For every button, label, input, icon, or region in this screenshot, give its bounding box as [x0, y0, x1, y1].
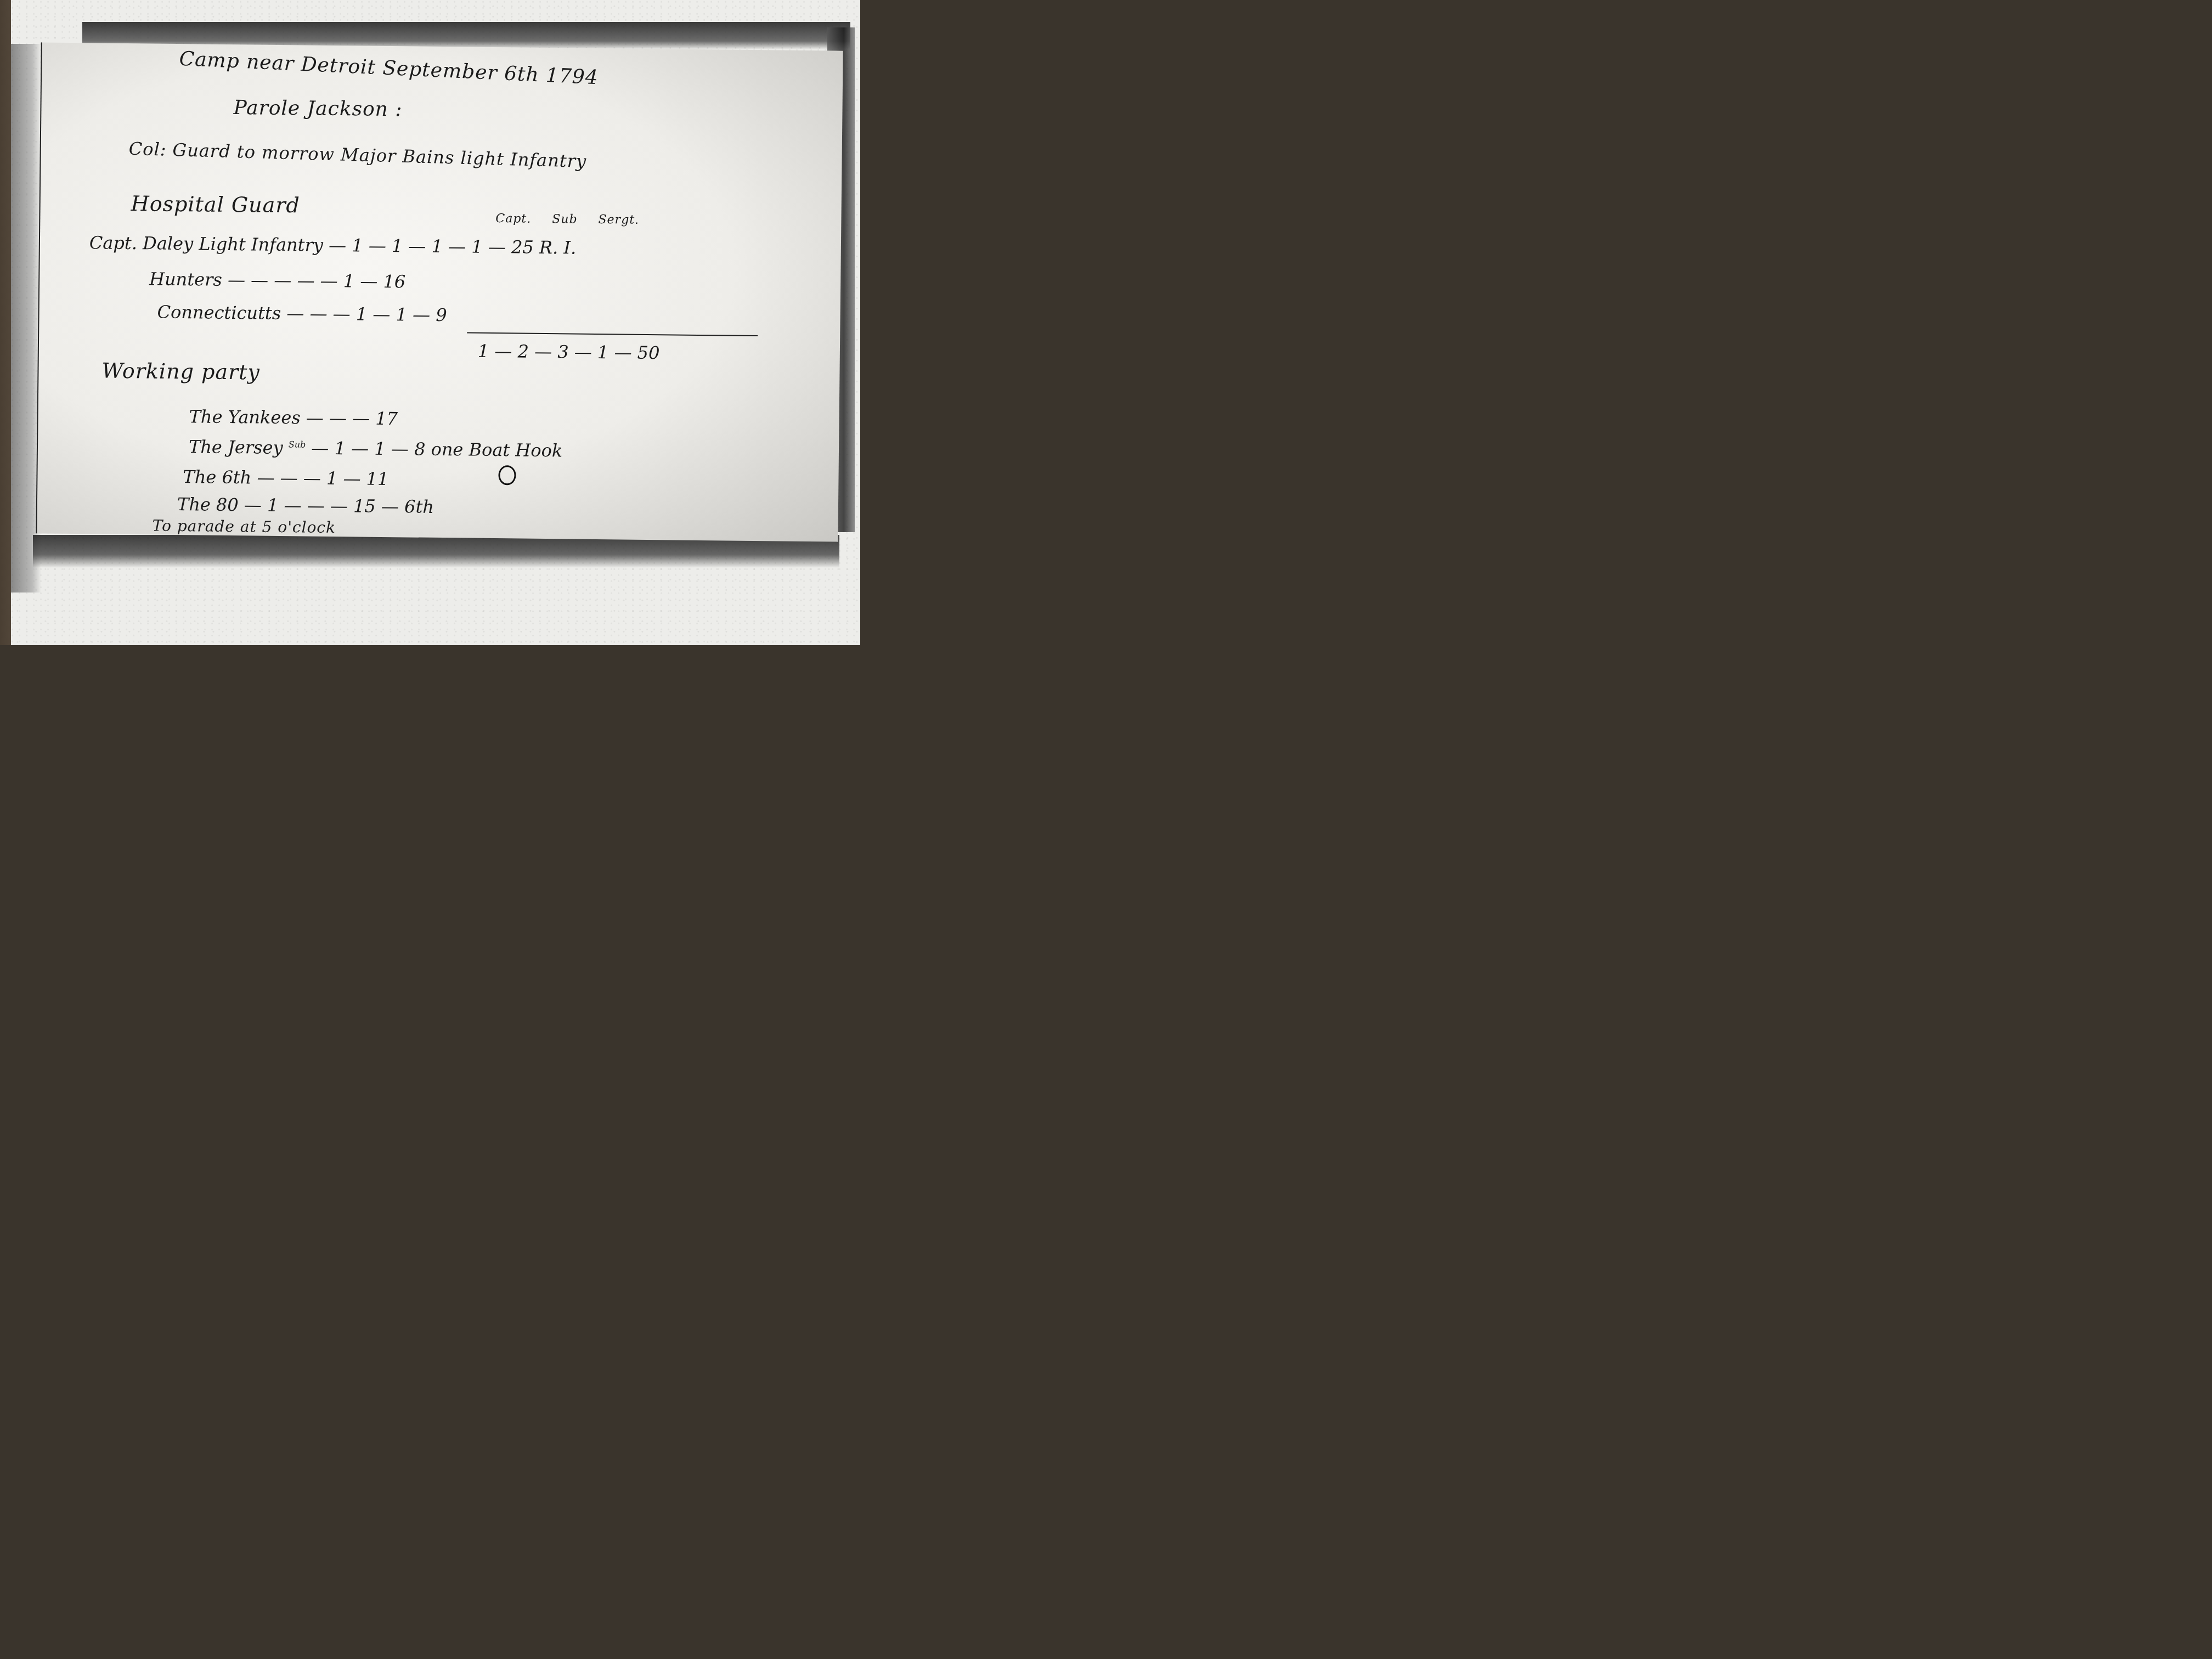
row-note: one Boat Hook: [431, 439, 562, 461]
working-party-row: The 80 — 1 — — — 15 — 6th: [177, 494, 434, 517]
hospital-guard-row: Hunters — — — — — 1 — 16: [149, 268, 405, 292]
row-label: The Yankees: [189, 406, 300, 428]
hospital-guard-title: Hospital Guard: [131, 191, 300, 217]
hospital-guard-column-headers: Capt. Sub Sergt.: [495, 212, 639, 227]
row-label: Capt. Daley Light Infantry: [89, 232, 323, 255]
working-party-row: The Yankees — — — 17: [189, 406, 398, 429]
working-party-title: Working party: [101, 359, 260, 385]
parole-line: Parole Jackson :: [233, 97, 402, 121]
col-header-capt: Capt.: [495, 212, 531, 226]
orderly-book-page: Camp near Detroit September 6th 1794 Par…: [36, 42, 843, 541]
page-heading: Camp near Detroit September 6th 1794: [179, 48, 599, 89]
row-label: The 80: [177, 494, 239, 515]
hospital-guard-row: Capt. Daley Light Infantry — 1 — 1 — 1 —…: [89, 232, 577, 258]
row-values: — — — 1 — 11: [257, 467, 388, 490]
col-guard-line: Col: Guard to morrow Major Bains light I…: [128, 138, 586, 172]
row-label: The Jersey: [189, 436, 283, 458]
row-values: — 1 — 1 — 1 — 1 — 25 R. I.: [329, 235, 576, 258]
parade-footer: To parade at 5 o'clock: [152, 517, 336, 537]
ink-blot-icon: [498, 465, 516, 485]
working-party-row: The 6th — — — 1 — 11: [183, 466, 388, 489]
working-party-row: The Jersey Sub — 1 — 1 — 8 one Boat Hook: [189, 436, 563, 461]
hospital-guard-row: Connecticutts — — — 1 — 1 — 9: [157, 302, 447, 326]
sub-note: Sub: [289, 439, 306, 449]
row-values: — — — — — 1 — 16: [228, 269, 406, 292]
col-header-sub: Sub: [552, 212, 578, 226]
totals-rule: [467, 332, 758, 337]
row-label: Connecticutts: [157, 302, 281, 324]
row-label: The 6th: [183, 466, 251, 488]
row-values: — — — 1 — 1 — 9: [286, 303, 447, 325]
row-values: — 1 — 1 — 8: [311, 438, 425, 460]
row-label: Hunters: [149, 268, 222, 290]
row-values: — — — 17: [306, 407, 398, 429]
row-values: — 1 — — — 15 — 6th: [244, 494, 434, 517]
col-header-sergt: Sergt.: [598, 213, 639, 227]
hospital-guard-totals: 1 — 2 — 3 — 1 — 50: [478, 341, 660, 363]
